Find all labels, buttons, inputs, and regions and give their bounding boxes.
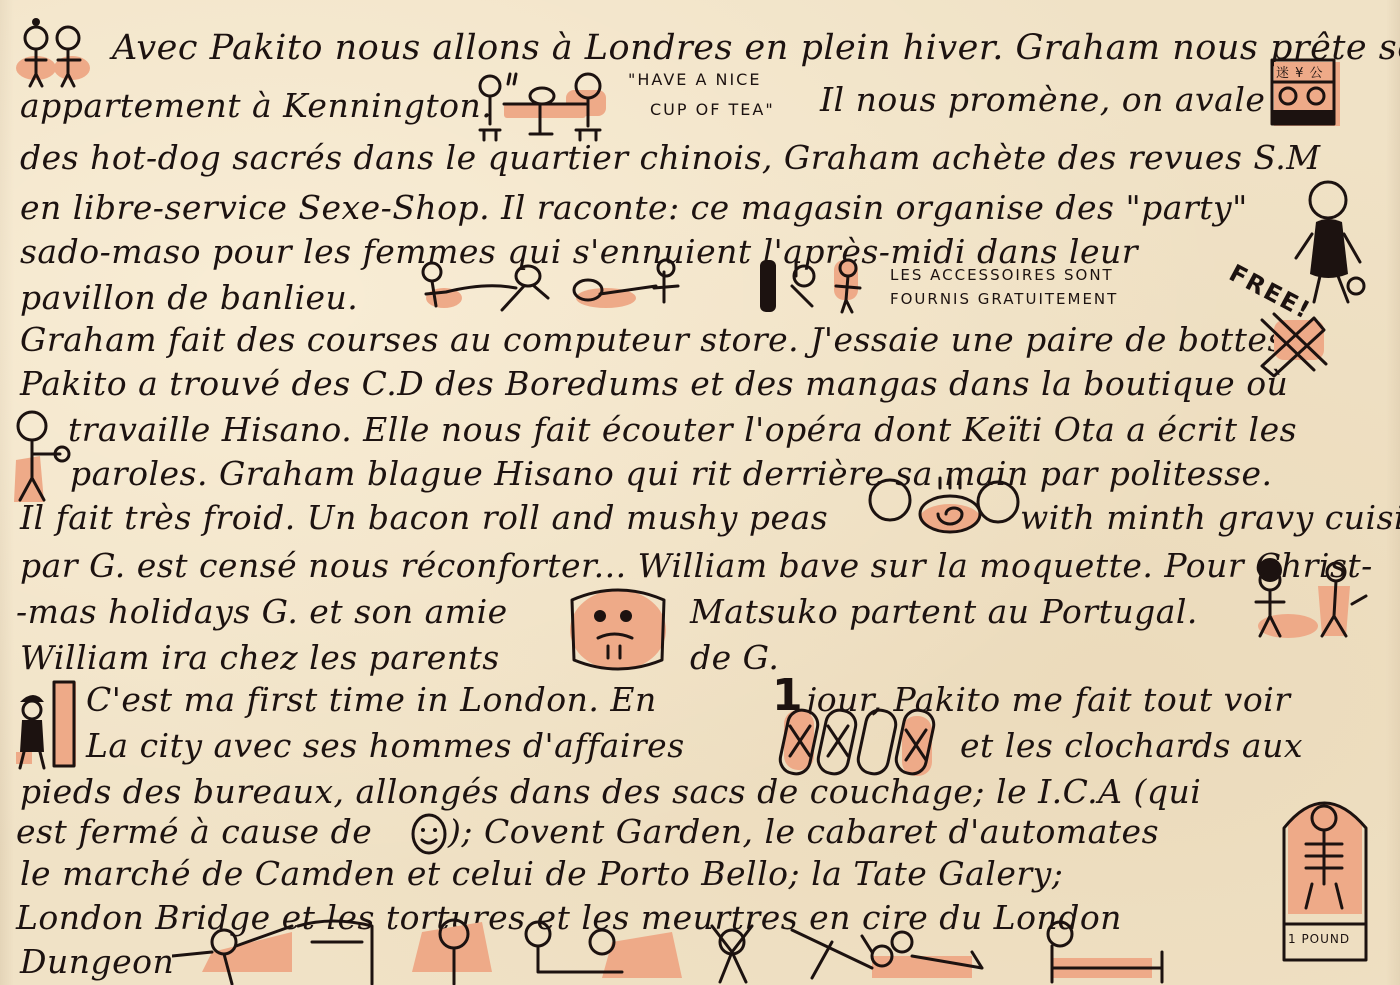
text-line-13a: -mas holidays G. et son amie — [16, 590, 508, 634]
text-line-14a: William ira chez les parents — [20, 636, 500, 680]
hisano-figure-doodle-icon — [10, 408, 72, 504]
automaton-skeleton-doodle-icon: 1 POUND — [1276, 784, 1374, 964]
ica-face-doodle-icon — [410, 808, 448, 856]
text-line-15a: C'est ma first time in London. En — [86, 678, 657, 722]
text-line-19: le marché de Camden et celui de Porto Be… — [20, 852, 1063, 896]
text-line-16a: La city avec ses hommes d'affaires — [86, 724, 685, 768]
bondage-scene-doodle-icon — [406, 258, 696, 314]
bacon-mushy-peas-doodle-icon — [866, 474, 1022, 538]
text-line-11b: with minth gravy cuisiné — [1020, 496, 1400, 540]
tea-quote-line-2: CUP OF TEA" — [650, 100, 775, 119]
journal-page: Avec Pakito nous allons à Londres en ple… — [0, 0, 1400, 985]
text-line-13b: Matsuko partent au Portugal. — [690, 590, 1198, 634]
text-line-18b: ); Covent Garden, le cabaret d'automates — [448, 810, 1159, 854]
chinese-shop-sign-icon: 迷 ¥ 公 — [1270, 58, 1340, 128]
accessories-caption-line-2: FOURNIS GRATUITEMENT — [890, 290, 1118, 308]
accessories-caption-line-1: LES ACCESSOIRES SONT — [890, 266, 1114, 284]
text-line-4: en libre-service Sexe-Shop. Il raconte: … — [20, 186, 1248, 230]
text-line-16b: et les clochards aux — [960, 724, 1303, 768]
matsuko-and-g-doodle-icon — [1248, 556, 1374, 640]
masked-figures-doodle-icon — [752, 256, 882, 316]
couple-doodle-icon — [8, 16, 100, 88]
text-line-8: Pakito a trouvé des C.D des Boredums et … — [20, 362, 1288, 406]
tea-quote-line-1: "HAVE A NICE — [628, 70, 761, 89]
chinese-sign-text: 迷 ¥ 公 — [1276, 62, 1324, 81]
bulldog-william-doodle-icon — [562, 580, 674, 680]
one-pound-sign: 1 POUND — [1288, 932, 1350, 946]
text-line-10: paroles. Graham blague Hisano qui rit de… — [70, 452, 1273, 496]
text-line-1: Avec Pakito nous allons à Londres en ple… — [112, 26, 1400, 70]
text-line-6: pavillon de banlieu. — [20, 276, 358, 320]
text-line-14b: de G. — [690, 636, 779, 680]
text-line-18a: est fermé à cause de — [16, 810, 372, 854]
text-line-9: travaille Hisano. Elle nous fait écouter… — [68, 408, 1297, 452]
text-line-2b: Il nous promène, on avale — [820, 78, 1265, 122]
text-line-3: des hot-dog sacrés dans le quartier chin… — [20, 136, 1321, 180]
text-line-7: Graham fait des courses au computeur sto… — [20, 318, 1285, 362]
sleeping-bags-doodle-icon — [776, 706, 952, 780]
sm-figure-doodle-icon — [1290, 178, 1370, 308]
text-line-2a: appartement à Kennington. — [20, 84, 492, 128]
text-line-17: pieds des bureaux, allongés dans des sac… — [20, 770, 1201, 814]
boots-doodle-icon — [1254, 310, 1334, 380]
tea-party-doodle-icon — [476, 70, 626, 142]
text-line-21: Dungeon — [20, 940, 174, 984]
text-line-11a: Il fait très froid. Un bacon roll and mu… — [20, 496, 828, 540]
businessman-doodle-icon — [14, 680, 86, 770]
dungeon-torture-scene-doodle-icon — [172, 912, 1172, 985]
text-line-12: par G. est censé nous réconforter... Wil… — [20, 544, 1373, 588]
